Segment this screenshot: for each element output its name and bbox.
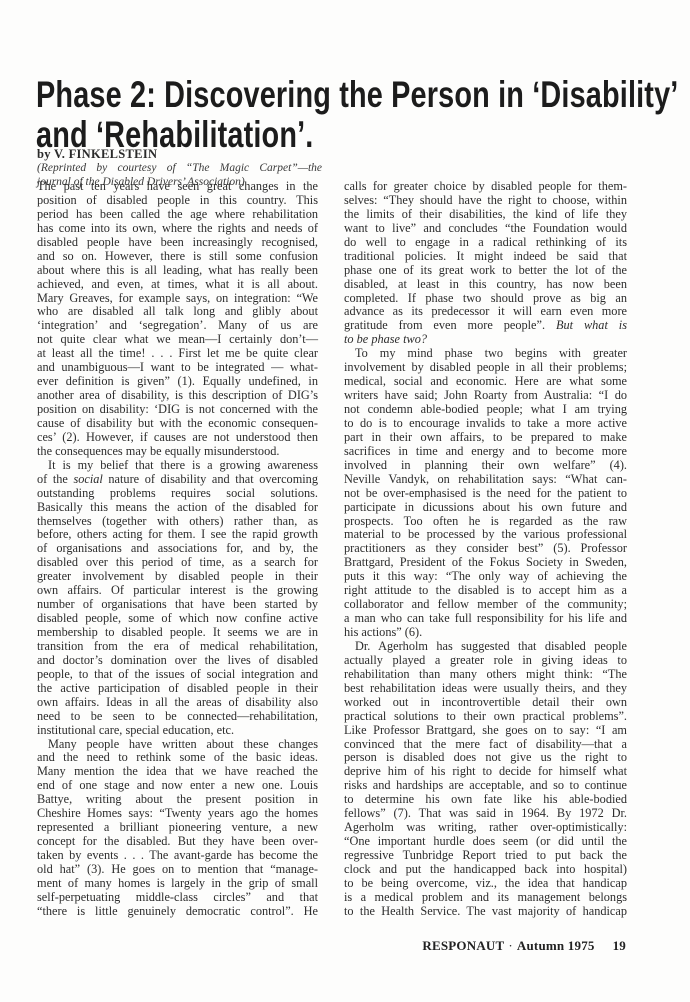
text-line: position on disability: ‘DIG is not conc… <box>37 403 318 417</box>
text-line: not condemn able-bodied people; what I a… <box>344 403 627 417</box>
text-line: person is disabled does not give us the … <box>344 751 627 765</box>
text-line: about where this is all leading, what ha… <box>37 264 318 278</box>
text-line: ces’ (2). However, if causes are not und… <box>37 431 318 445</box>
text-line: calls for greater choice by disabled peo… <box>344 180 627 194</box>
text-line: convinced that the mere fact of disabili… <box>344 738 627 752</box>
text-line: achieved, and even, at times, what it is… <box>37 278 318 292</box>
text-line: Mary Greaves, for example says, on integ… <box>37 292 318 306</box>
text-line: regressive Tunbridge Report tried to put… <box>344 849 627 863</box>
text-line: “One important hurdle does seem (or did … <box>344 835 627 849</box>
text-line: clock and put the handicapped back into … <box>344 863 627 877</box>
text-line: to be phase two? <box>344 333 627 347</box>
text-line: Dr. Agerholm has suggested that disabled… <box>344 640 627 654</box>
text-line: and doctor’s domination over the lives o… <box>37 654 318 668</box>
text-line: material to be processed by the various … <box>344 528 627 542</box>
text-line: themselves (together with others) rather… <box>37 515 318 529</box>
text-line: a man who can take full responsibility f… <box>344 612 627 626</box>
text-line: and so on. However, there is still some … <box>37 250 318 264</box>
text-line: another area of disability, is this desc… <box>37 389 318 403</box>
text-line: “there is little genuinely democratic co… <box>37 905 318 919</box>
text-line: of organisations and associations for, a… <box>37 542 318 556</box>
right-column: calls for greater choice by disabled peo… <box>344 180 627 919</box>
text-line: need to be seen to be connected—rehabili… <box>37 710 318 724</box>
text-line: not quite clear what we mean—I certainly… <box>37 333 318 347</box>
text-line: Cheshire Homes says: “Twenty years ago t… <box>37 807 318 821</box>
text-line: concept for the disabled. But they have … <box>37 835 318 849</box>
text-line: participate in dicussions about his own … <box>344 501 627 515</box>
text-line: sacrifices in time and energy and to bec… <box>344 445 627 459</box>
text-line: involved in planning their own welfare” … <box>344 459 627 473</box>
text-line: has come into its own, where the rights … <box>37 222 318 236</box>
text-line: old hat” (3). He goes on to mention that… <box>37 863 318 877</box>
text-line: involvement by disabled people in all th… <box>344 361 627 375</box>
text-line: his actions” (6). <box>344 626 627 640</box>
italic-emphasis: But what is <box>556 318 627 332</box>
text-run: gratitude from even more people”. <box>344 318 556 332</box>
text-line: traditional policies. It might indeed be… <box>344 250 627 264</box>
title-line-1: Phase 2: Discovering the Person in ‘Disa… <box>36 75 520 115</box>
text-line: rehabilitation than many others might th… <box>344 668 627 682</box>
text-line: selves: “They should have the right to c… <box>344 194 627 208</box>
text-line: medical, social and economic. Here are w… <box>344 375 627 389</box>
text-line: outstanding problems requires social sol… <box>37 487 318 501</box>
text-line: part in their own affairs, to be prepare… <box>344 431 627 445</box>
text-line: disabled over this period of time, as a … <box>37 556 318 570</box>
text-line: membership to disabled people. It seems … <box>37 626 318 640</box>
text-line: self-perpetuating middle-class circles” … <box>37 891 318 905</box>
text-line: of the social nature of disability and t… <box>37 473 318 487</box>
text-line: do well to engage in a radical rethinkin… <box>344 236 627 250</box>
text-line: phase one of its great work to better th… <box>344 264 627 278</box>
text-line: completed. If phase two should prove as … <box>344 292 627 306</box>
author-byline: by V. FINKELSTEIN <box>37 147 157 161</box>
issue-date: Autumn 1975 <box>517 938 595 953</box>
text-line: end of one stage and now enter a new one… <box>37 779 318 793</box>
text-line: practical solutions to their own practic… <box>344 710 627 724</box>
text-line: position of disabled people in this coun… <box>37 194 318 208</box>
text-line: Many people have written about these cha… <box>37 738 318 752</box>
text-line: It is my belief that there is a growing … <box>37 459 318 473</box>
text-line: Many mention the idea that we have reach… <box>37 765 318 779</box>
text-line: advance as its predecessor it will earn … <box>344 305 627 319</box>
text-line: the active participation of disabled peo… <box>37 682 318 696</box>
text-line: To my mind phase two begins with greater <box>344 347 627 361</box>
text-line: number of organisations that have been s… <box>37 598 318 612</box>
separator-dot: · <box>508 938 513 953</box>
text-line: disabled people have been increasingly r… <box>37 236 318 250</box>
page-footer: RESPONAUT·Autumn 197519 <box>422 938 626 954</box>
article-title: Phase 2: Discovering the Person in ‘Disa… <box>36 75 520 155</box>
text-line: represented a brilliant pioneering ventu… <box>37 821 318 835</box>
text-line: writers have said; John Roarty from Aust… <box>344 389 627 403</box>
text-line: to the Health Service. The vast majority… <box>344 905 627 919</box>
text-line: people, to that of the issues of social … <box>37 668 318 682</box>
text-line: period has been called the age where reh… <box>37 208 318 222</box>
text-line: to do is to encourage invalids to take a… <box>344 417 627 431</box>
text-line: collaborator and fellow member of the co… <box>344 598 627 612</box>
text-line: and the need to rethink some of the basi… <box>37 751 318 765</box>
text-line: Battye, writing about the present positi… <box>37 793 318 807</box>
text-line: practitioners as they consider best” (5)… <box>344 542 627 556</box>
text-line: taken by events . . . The avant-garde ha… <box>37 849 318 863</box>
text-line: own affairs. Of particular interest is t… <box>37 584 318 598</box>
text-run: of the <box>37 472 73 486</box>
text-line: Like Professor Brattgard, she goes on to… <box>344 724 627 738</box>
text-line: to determine his own fate like his able-… <box>344 793 627 807</box>
text-line: cause of disability but with the economi… <box>37 417 318 431</box>
text-line: ment of many homes is largely in the gri… <box>37 877 318 891</box>
text-line: disabled, at least in this country, has … <box>344 278 627 292</box>
left-column: The past ten years have seen great chang… <box>37 180 318 919</box>
text-line: the limits of their disabilities, the ki… <box>344 208 627 222</box>
text-line: prospects. Too often he is regarded as t… <box>344 515 627 529</box>
text-line: worked out in incontrovertible detail th… <box>344 696 627 710</box>
credit-line: (Reprinted by courtesy of “The Magic Car… <box>37 162 322 176</box>
text-line: puts it this way: “The only way of achie… <box>344 570 627 584</box>
text-line: disabled people, some of which now confi… <box>37 612 318 626</box>
text-line: The past ten years have seen great chang… <box>37 180 318 194</box>
text-line: Neville Vandyk, on rehabilitation says: … <box>344 473 627 487</box>
text-line: the consequences may be equally misunder… <box>37 445 318 459</box>
text-line: not be over-emphasised is the need for t… <box>344 487 627 501</box>
text-line: Brattgard, President of the Fokus Societ… <box>344 556 627 570</box>
text-line: gratitude from even more people”. But wh… <box>344 319 627 333</box>
text-line: to be being overcome, viz., the idea tha… <box>344 877 627 891</box>
text-line: Agerholm was writing, rather over-optimi… <box>344 821 627 835</box>
text-line: risks and hardships are acceptable, and … <box>344 779 627 793</box>
text-line: want to live” and concludes “the Foundat… <box>344 222 627 236</box>
text-line: institutional care, special education, e… <box>37 724 318 738</box>
text-line: actually played a greater role in giving… <box>344 654 627 668</box>
publication-name: RESPONAUT <box>422 938 504 953</box>
text-line: at least all the time! . . . First let m… <box>37 347 318 361</box>
text-line: Basically this means the action of the d… <box>37 501 318 515</box>
text-line: and unambiguous—I want to be integrated … <box>37 361 318 375</box>
text-line: ever definition is given” (1). Equally u… <box>37 375 318 389</box>
text-line: deprive him of his right to decide for h… <box>344 765 627 779</box>
text-run: nature of disability and that overcoming <box>103 472 318 486</box>
text-line: right attitude to the disabled is to acc… <box>344 584 627 598</box>
text-line: is a medical problem and its management … <box>344 891 627 905</box>
italic-emphasis: to be phase two? <box>344 332 427 346</box>
text-line: ‘integration’ and ‘segregation’. Many of… <box>37 319 318 333</box>
text-line: best rehabilitation ideas were usually t… <box>344 682 627 696</box>
text-line: who are disabled all talk long and glibl… <box>37 305 318 319</box>
text-line: greater involvement by disabled people i… <box>37 570 318 584</box>
page-number: 19 <box>613 938 626 953</box>
text-line: before, others acting for them. I see th… <box>37 528 318 542</box>
text-line: fellows” (7). That was said in 1964. By … <box>344 807 627 821</box>
italic-emphasis: social <box>73 472 102 486</box>
text-line: own affairs. Ideas in all the areas of d… <box>37 696 318 710</box>
text-line: transition from the era of medical rehab… <box>37 640 318 654</box>
